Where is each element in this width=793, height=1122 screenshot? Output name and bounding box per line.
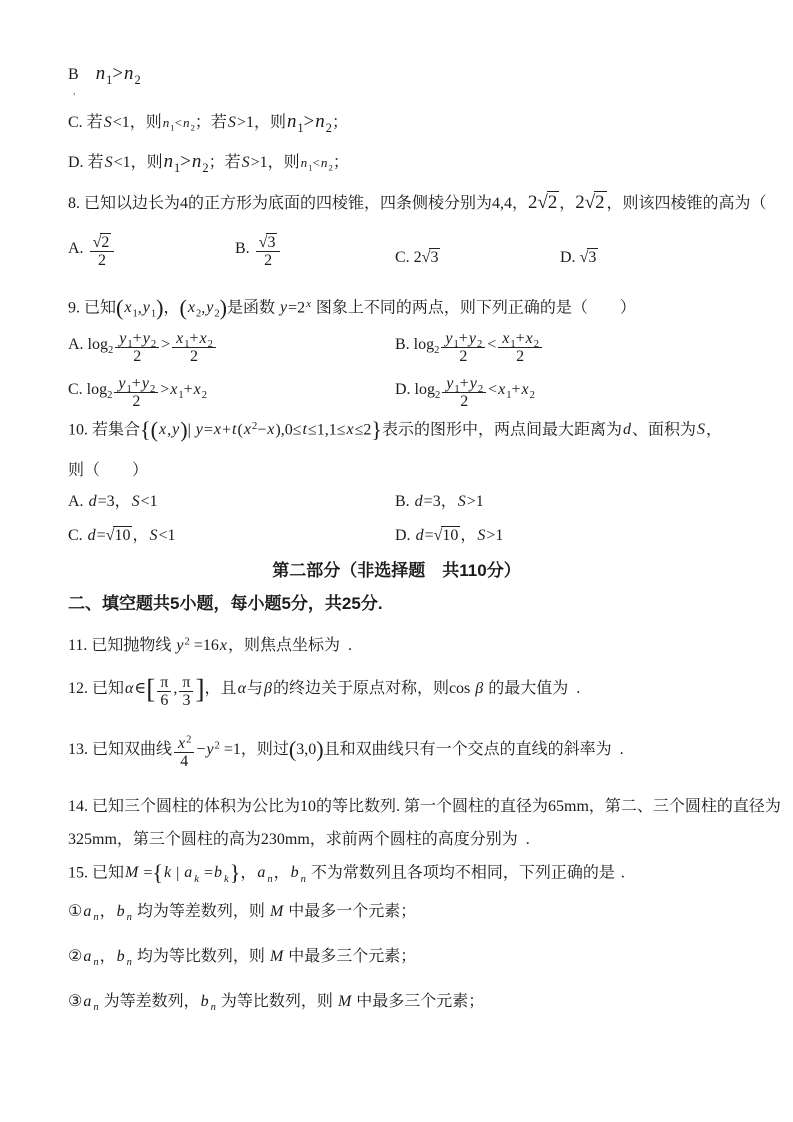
- math-var: x: [158, 421, 167, 438]
- numerator: y1+y2: [441, 330, 485, 347]
- numerator: x1+x2: [172, 330, 216, 347]
- math-var: α: [237, 680, 247, 697]
- math-var: M: [124, 864, 139, 881]
- math-var: n: [210, 1002, 217, 1013]
- math-var: n: [286, 111, 297, 132]
- math-var: a: [82, 903, 92, 920]
- numerator: √2: [90, 234, 115, 251]
- q14-2: 325mm，第三个圆柱的高为230mm，求前两个圆柱的高度分别为.: [68, 830, 741, 851]
- math-var: x: [305, 299, 312, 310]
- fraction: y1+y22: [442, 375, 486, 411]
- subscript: 2: [434, 345, 439, 356]
- numerator: y1+y2: [114, 375, 158, 392]
- tall-bracket: ): [156, 295, 163, 320]
- subscript: 1: [127, 339, 132, 350]
- tall-square-bracket: ]: [195, 674, 204, 704]
- numerator: π: [157, 674, 171, 691]
- math-var: a: [82, 993, 92, 1010]
- subscript: n: [92, 912, 99, 923]
- math-large: n1>n2: [95, 63, 141, 84]
- math-var: n: [92, 957, 99, 968]
- tall-bracket: ): [180, 417, 187, 442]
- superscript: x: [305, 299, 312, 310]
- math-var: S: [103, 114, 113, 131]
- radicand: 2: [100, 233, 111, 251]
- subscript: n: [92, 957, 99, 968]
- math-var: S: [476, 527, 486, 544]
- math-var: y: [469, 375, 478, 392]
- tall-bracket: {: [152, 860, 163, 885]
- tall-bracket: ): [220, 295, 227, 320]
- math-var: b: [116, 948, 126, 965]
- math-small: n1<n2: [300, 155, 333, 170]
- math-var: n: [300, 874, 307, 885]
- q12: 12. 已知α∈[π6,π3]，且α与β的终边关于原点对称，则cos β 的最大…: [68, 674, 741, 710]
- subscript: 2: [534, 339, 539, 350]
- math-var: M: [269, 948, 284, 965]
- math-var: [524, 831, 526, 848]
- fraction: x24: [174, 735, 194, 771]
- math-var: n: [300, 155, 309, 170]
- tall-bracket: }: [230, 860, 241, 885]
- numerator: π: [179, 674, 193, 691]
- exam-page: B n1>n2,C. 若S<1，则n1<n2；若S>1，则n1>n2；D. 若S…: [0, 0, 793, 1122]
- math-var: n: [182, 115, 191, 130]
- math-small: n1<n2: [162, 115, 195, 130]
- numerator: x1+x2: [498, 330, 542, 347]
- stray-mark: ,: [73, 85, 741, 98]
- math-var: M: [337, 993, 352, 1010]
- math-var: y: [142, 299, 151, 316]
- tall-bracket: ): [316, 736, 323, 761]
- math-var: b: [116, 903, 126, 920]
- tall-bracket: }: [371, 417, 382, 442]
- subscript: 1: [454, 384, 459, 395]
- option-cell: D. √3: [560, 248, 598, 269]
- ans-d: D. 若S<1，则n1>n2；若S>1，则n1<n2；: [68, 150, 741, 175]
- math-var: x: [193, 381, 202, 398]
- subscript: 2: [151, 339, 156, 350]
- subscript: n: [126, 957, 133, 968]
- math-var: x: [266, 421, 275, 438]
- tall-bracket: {: [140, 417, 151, 442]
- subscript: 2: [477, 339, 482, 350]
- q15: 15. 已知M ={k | ak =bk}，an，bn 不为常数列且各项均不相同…: [68, 862, 741, 884]
- subscript: 1: [170, 122, 174, 132]
- math-var: x: [521, 381, 530, 398]
- subscript: n: [126, 912, 133, 923]
- math-var: n: [92, 1002, 99, 1013]
- subscript: 1: [297, 121, 303, 135]
- math-var: β: [263, 680, 273, 697]
- q14-1: 14. 已知三个圆柱的体积为公比为10的等比数列. 第一个圆柱的直径为65mm，…: [68, 797, 741, 818]
- sqrt: √2: [585, 192, 607, 213]
- math-var: S: [104, 154, 114, 171]
- sqrt: √2: [537, 192, 559, 213]
- math-var: n: [95, 63, 106, 84]
- fraction: π6: [157, 674, 171, 710]
- q9-opts-2: C. log2y1+y22>x1+x2D. log2y1+y22<x1+x2: [68, 375, 741, 423]
- denominator: 2: [90, 251, 115, 269]
- subscript: 1: [184, 339, 189, 350]
- subscript: 1: [178, 390, 183, 401]
- math-var: β: [474, 680, 484, 697]
- math-var: a: [183, 864, 193, 881]
- item-3: ③an 为等差数列，bn 为等比数列，则 M 中最多三个元素；: [68, 992, 741, 1013]
- radicand: 3: [587, 248, 598, 266]
- option-cell: C. log2y1+y22>x1+x2: [68, 375, 207, 411]
- radicand: 10: [113, 526, 132, 544]
- math-var: d: [414, 493, 424, 510]
- fraction: x1+x22: [172, 330, 216, 366]
- math-var: S: [149, 527, 159, 544]
- math-large: 2√2: [575, 192, 606, 213]
- subscript: 2: [107, 390, 112, 401]
- math-var: S: [457, 493, 467, 510]
- math-var: y: [468, 330, 477, 347]
- math-var: y: [171, 421, 180, 438]
- tall-bracket: (: [289, 736, 296, 761]
- q10-stem: 10. 若集合{(x,y)| y=x+t(x2−x),0≤t≤1,1≤x≤2}表…: [68, 419, 741, 441]
- subscript: 2: [326, 121, 332, 135]
- q10-stem-2: 则（ ）: [68, 461, 741, 482]
- math-var: b: [213, 864, 223, 881]
- subscript: 2: [435, 390, 440, 401]
- numerator: y1+y2: [442, 375, 486, 392]
- option-cell: C. d=√10，S<1: [68, 526, 176, 547]
- option-cell: B. √32: [235, 234, 282, 270]
- math-var: t: [231, 421, 237, 438]
- math-var: a: [256, 864, 266, 881]
- subscript: 1: [506, 390, 511, 401]
- math-var: y: [175, 637, 184, 654]
- math-var: [619, 864, 621, 881]
- denominator: 2: [256, 251, 281, 269]
- fraction: y1+y22: [115, 330, 159, 366]
- math-var: x: [525, 330, 534, 347]
- math-var: x: [501, 330, 510, 347]
- math-var: y: [444, 330, 453, 347]
- part2-title: 第二部分（非选择题 共110分）: [0, 560, 793, 582]
- math-var: [574, 680, 576, 697]
- sqrt: √2: [93, 234, 112, 251]
- math-var: a: [82, 948, 92, 965]
- subscript: 1: [174, 161, 180, 175]
- fill-header: 二、填空题共5小题，每小题5分，共25分.: [68, 593, 741, 615]
- math-var: n: [266, 874, 273, 885]
- math-var: d: [415, 527, 425, 544]
- math-var: d: [87, 527, 97, 544]
- math-var: k: [163, 864, 172, 881]
- math-var: k: [193, 874, 200, 885]
- math-var: S: [696, 421, 706, 438]
- numerator: √3: [256, 234, 281, 251]
- sqrt: √3: [422, 249, 441, 266]
- subscript: n: [92, 1002, 99, 1013]
- math-var: n: [314, 111, 325, 132]
- tall-square-bracket: [: [146, 674, 155, 704]
- math-var: y: [142, 330, 151, 347]
- radicand: 2: [547, 191, 559, 213]
- math-var: b: [200, 993, 210, 1010]
- superscript: 2: [252, 421, 257, 432]
- math-var: S: [227, 114, 237, 131]
- math-var: S: [241, 154, 251, 171]
- subscript: n: [266, 874, 273, 885]
- math-large: n1>n2: [286, 111, 332, 132]
- fraction: x1+x22: [498, 330, 542, 366]
- math-var: x: [345, 421, 354, 438]
- math-var: n: [92, 912, 99, 923]
- item-2: ②an，bn 均为等比数列，则 M 中最多三个元素；: [68, 947, 741, 968]
- math-var: x: [199, 330, 208, 347]
- math-var: x: [187, 299, 196, 316]
- subscript: 2: [150, 384, 155, 395]
- superscript: 2: [215, 741, 220, 752]
- radicand: 10: [441, 526, 460, 544]
- radicand: 2: [594, 191, 606, 213]
- math-var: n: [123, 63, 134, 84]
- sqrt: √10: [434, 527, 461, 544]
- subscript: k: [193, 874, 200, 885]
- math-var: x: [169, 381, 178, 398]
- math-var: t: [301, 421, 307, 438]
- subscript: 2: [108, 345, 113, 356]
- denominator: 4: [174, 752, 194, 770]
- q11: 11. 已知抛物线 y2 =16x，则焦点坐标为.: [68, 636, 741, 657]
- ans-b: B n1>n2: [68, 62, 741, 87]
- option-cell: D. d=√10，S>1: [395, 526, 503, 547]
- fraction: y1+y22: [441, 330, 485, 366]
- numerator: x2: [174, 735, 194, 752]
- math-var: d: [88, 493, 98, 510]
- math-var: y: [195, 421, 204, 438]
- math-var: x: [213, 421, 222, 438]
- math-var: n: [191, 151, 202, 172]
- math-var: x: [177, 735, 186, 752]
- subscript: 2: [478, 384, 483, 395]
- math-var: [618, 741, 620, 758]
- fraction: √22: [90, 234, 115, 270]
- subscript: 1: [454, 339, 459, 350]
- math-var: b: [290, 864, 300, 881]
- math-var: n: [163, 151, 174, 172]
- subscript: 2: [328, 162, 332, 172]
- math-var: k: [223, 874, 230, 885]
- subscript: k: [223, 874, 230, 885]
- option-cell: B. log2y1+y22<x1+x22: [395, 330, 544, 366]
- option-cell: A. log2y1+y22>x1+x22: [68, 330, 218, 366]
- math-var: x: [175, 330, 184, 347]
- subscript: 2: [202, 390, 207, 401]
- subscript: 2: [196, 309, 201, 320]
- math-var: n: [162, 115, 171, 130]
- option-cell: D. log2y1+y22<x1+x2: [395, 375, 535, 411]
- q8-opts: A. √22B. √32C. 2√3D. √3: [68, 234, 741, 294]
- math-var: n: [126, 912, 133, 923]
- math-var: d: [622, 421, 632, 438]
- subscript: 1: [308, 162, 312, 172]
- subscript: 2: [202, 161, 208, 175]
- denominator: 3: [179, 691, 193, 709]
- subscript: 1: [127, 384, 132, 395]
- item-1: ①an，bn 均为等差数列，则 M 中最多一个元素；: [68, 902, 741, 923]
- option-cell: A. √22: [68, 234, 116, 270]
- superscript: 2: [185, 637, 190, 648]
- sqrt: √10: [106, 527, 133, 544]
- subscript: 2: [208, 339, 213, 350]
- tall-bracket: (: [180, 295, 187, 320]
- math-large: 2√2: [528, 192, 559, 213]
- subscript: n: [300, 874, 307, 885]
- math-var: y: [279, 299, 288, 316]
- math-large: n1>n2: [163, 151, 209, 172]
- math-var: S: [131, 493, 141, 510]
- subscript: 1: [132, 309, 137, 320]
- numerator: y1+y2: [115, 330, 159, 347]
- math-var: y: [141, 375, 150, 392]
- subscript: 1: [510, 339, 515, 350]
- q9-stem: 9. 已知(x1,y1)，(x2,y2)是函数 y=2x 图象上不同的两点，则下…: [68, 297, 741, 319]
- math-var: x: [219, 637, 228, 654]
- option-cell: A. d=3，S<1: [68, 492, 158, 513]
- q9-opts-1: A. log2y1+y22>x1+x22B. log2y1+y22<x1+x22: [68, 330, 741, 378]
- fraction: y1+y22: [114, 375, 158, 411]
- math-var: x: [497, 381, 506, 398]
- subscript: n: [210, 1002, 217, 1013]
- radicand: 3: [429, 248, 440, 266]
- q13: 13. 已知双曲线x24−y2 =1，则过(3,0)且和双曲线只有一个交点的直线…: [68, 735, 741, 771]
- math-var: [346, 637, 348, 654]
- radicand: 3: [266, 233, 277, 251]
- q8-stem: 8. 已知以边长为4的正方形为底面的四棱锥，四条侧棱分别为4,4，2√2，2√2…: [68, 191, 741, 216]
- subscript: 2: [191, 122, 195, 132]
- sqrt: √3: [259, 234, 278, 251]
- option-cell: C. 2√3: [395, 248, 440, 269]
- fraction: √32: [256, 234, 281, 270]
- math-var: y: [117, 375, 126, 392]
- denominator: 6: [157, 691, 171, 709]
- math-var: y: [205, 741, 214, 758]
- option-cell: B. d=3，S>1: [395, 492, 484, 513]
- math-var: α: [124, 680, 134, 697]
- math-var: n: [126, 957, 133, 968]
- ans-c: C. 若S<1，则n1<n2；若S>1，则n1>n2；: [68, 110, 741, 135]
- tall-bracket: (: [151, 417, 158, 442]
- superscript: 2: [186, 735, 191, 746]
- sqrt: √3: [580, 249, 599, 266]
- math-var: M: [269, 903, 284, 920]
- fraction: π3: [179, 674, 193, 710]
- subscript: 2: [530, 390, 535, 401]
- math-var: x: [243, 421, 252, 438]
